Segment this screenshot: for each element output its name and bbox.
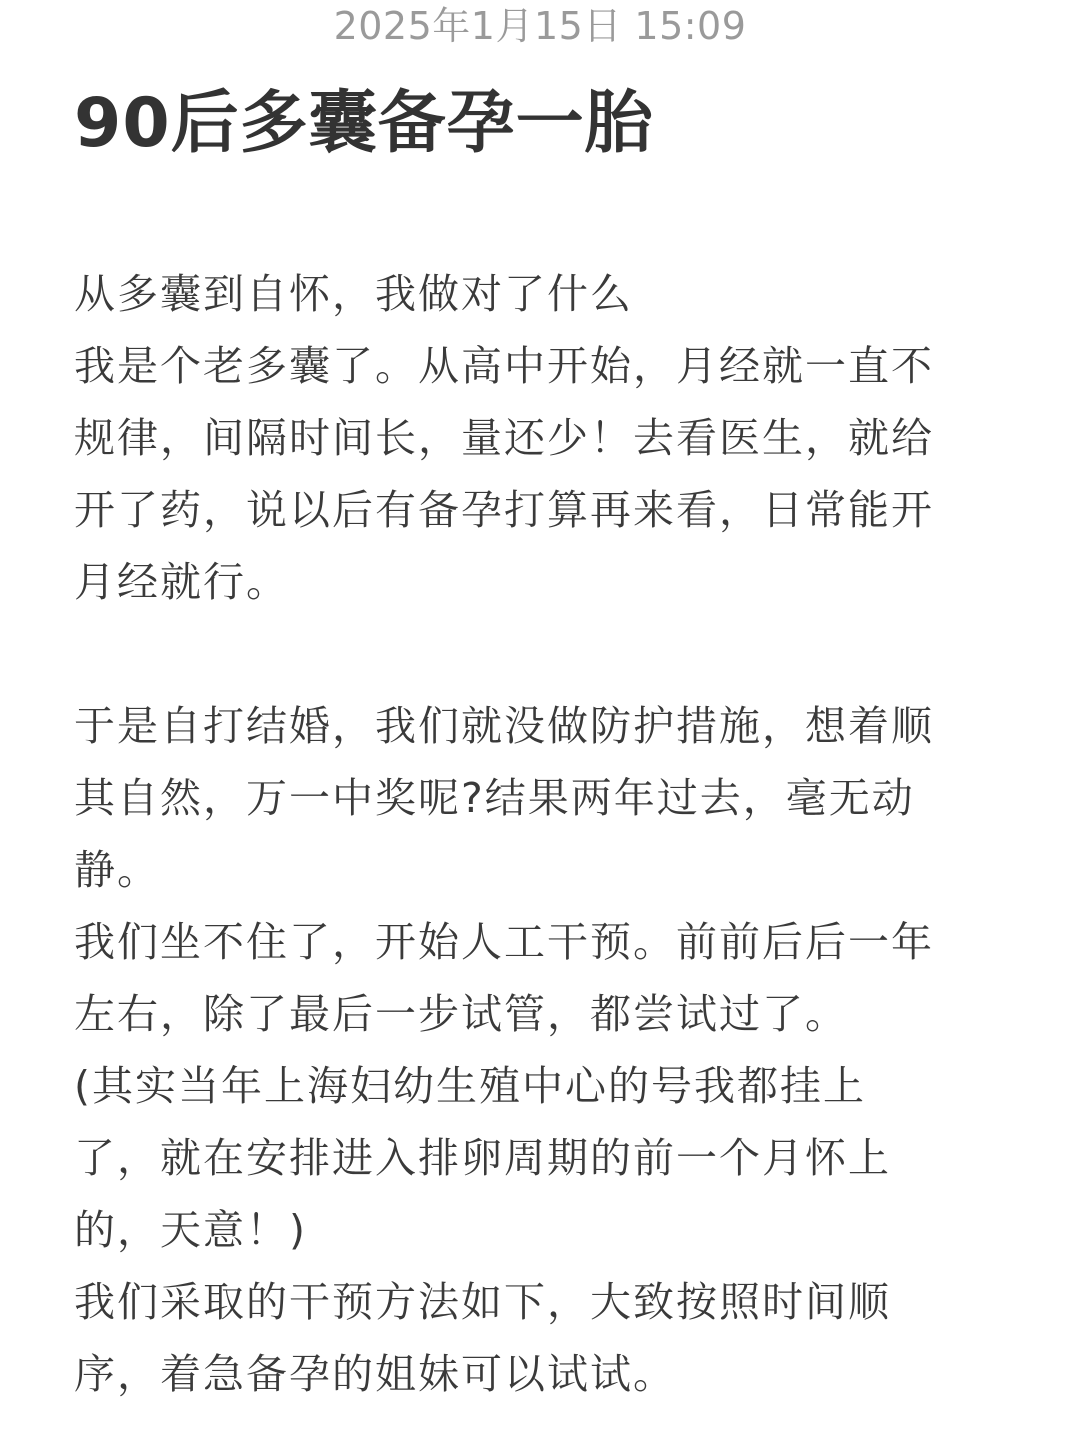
body-line: 序，着急备孕的姐妹可以试试。 (74, 1338, 1009, 1410)
body-line: 左右，除了最后一步试管，都尝试过了。 (74, 978, 1009, 1050)
body-line: 从多囊到自怀，我做对了什么 (74, 258, 1009, 330)
body-line: 的，天意！) (74, 1194, 1009, 1266)
body-line: 了，就在安排进入排卵周期的前一个月怀上 (74, 1122, 1009, 1194)
note-page: 2025年1月15日 15:09 90后多囊备孕一胎 从多囊到自怀，我做对了什么… (0, 0, 1080, 1440)
note-body: 从多囊到自怀，我做对了什么 我是个老多囊了。从高中开始，月经就一直不 规律，间隔… (74, 258, 1009, 1410)
body-line: 规律，间隔时间长，量还少！去看医生，就给 (74, 402, 1009, 474)
body-line: 我是个老多囊了。从高中开始，月经就一直不 (74, 330, 1009, 402)
body-line: (其实当年上海妇幼生殖中心的号我都挂上 (74, 1050, 1009, 1122)
body-line: 我们采取的干预方法如下，大致按照时间顺 (74, 1266, 1009, 1338)
body-line: 其自然，万一中奖呢?结果两年过去，毫无动 (74, 762, 1009, 834)
note-timestamp: 2025年1月15日 15:09 (0, 2, 1080, 50)
paragraph-gap (74, 618, 1009, 690)
body-line: 开了药，说以后有备孕打算再来看，日常能开 (74, 474, 1009, 546)
note-title: 90后多囊备孕一胎 (74, 82, 654, 166)
body-line: 月经就行。 (74, 546, 1009, 618)
body-line: 静。 (74, 834, 1009, 906)
body-line: 我们坐不住了，开始人工干预。前前后后一年 (74, 906, 1009, 978)
body-line: 于是自打结婚，我们就没做防护措施，想着顺 (74, 690, 1009, 762)
